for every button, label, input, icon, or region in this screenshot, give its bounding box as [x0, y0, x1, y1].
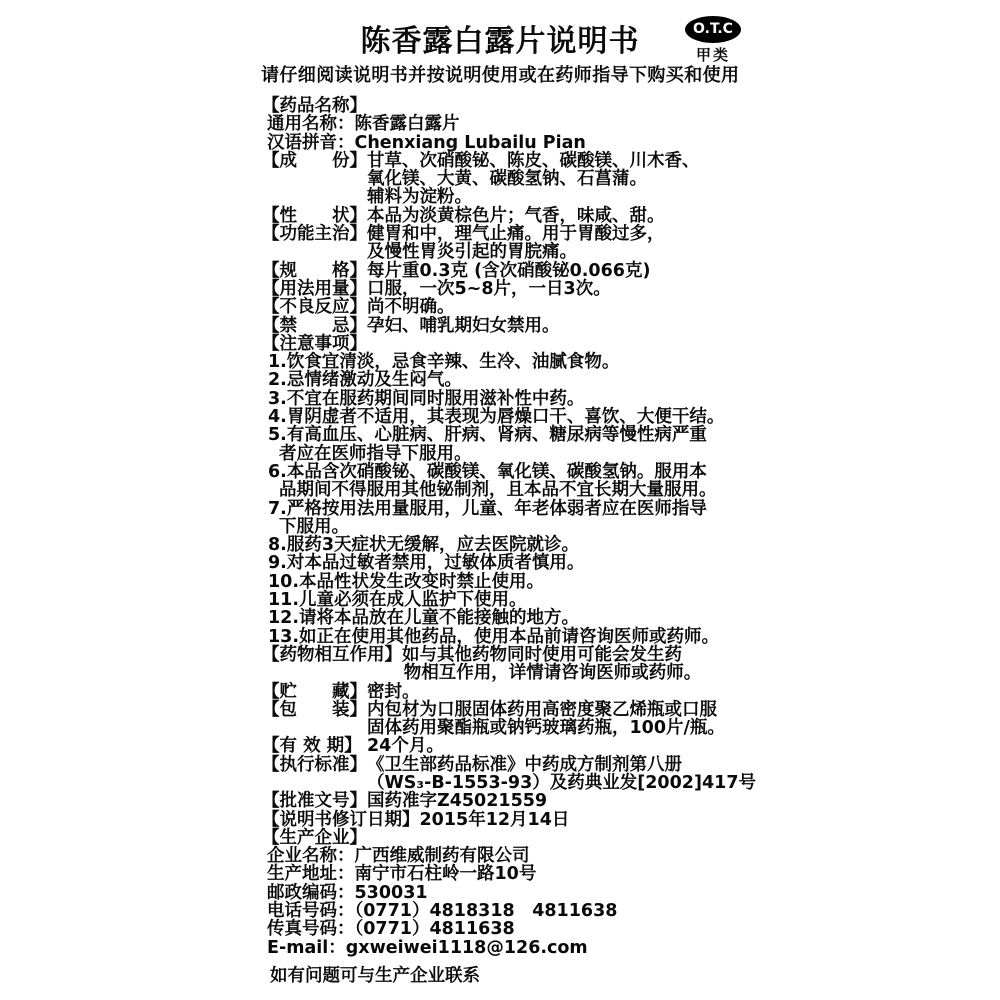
precaution-item-5-cont: 者应在医师指导下服用。: [262, 445, 782, 463]
section-ingredients: 【成 份】甘草、次硝酸铋、陈皮、碳酸镁、川木香、: [262, 152, 782, 170]
precaution-item-9: 9.对本品过敏者禁用，过敏体质者慎用。: [262, 554, 782, 572]
section-manufacturer: 【生产企业】: [262, 829, 782, 847]
section-packaging: 【包 装】内包材为口服固体药用高密度聚乙烯瓶或口服: [262, 701, 782, 719]
contraindication-label: 【禁 忌】: [262, 317, 367, 335]
pinyin-line: 汉语拼音：Chenxiang Lubailu Pian: [262, 134, 782, 152]
precaution-item-13: 13.如正在使用其他药品，使用本品前请咨询医师或药师。: [262, 628, 782, 646]
precaution-item-3: 3.不宜在服药期间同时服用滋补性中药。: [262, 390, 782, 408]
precaution-item-6-cont: 品期间不得服用其他铋制剂，且本品不宜长期大量服用。: [262, 481, 782, 499]
precaution-item-1: 1.饮食宜清淡，忌食辛辣、生冷、油腻食物。: [262, 353, 782, 371]
adverse-text: 尚不明确。: [367, 297, 455, 317]
section-approval: 【批准文号】国药准字Z45021559: [262, 792, 782, 810]
page-title: 陈香露白露片说明书: [0, 16, 1000, 60]
read-notice: 请仔细阅读说明书并按说明使用或在药师指导下购买和使用: [261, 61, 739, 87]
precaution-item-2: 2.忌情绪激动及生闷气。: [262, 371, 782, 389]
contact-note: 如有问题可与生产企业联系: [270, 962, 480, 987]
dosage-label: 【用法用量】: [262, 280, 367, 298]
section-spec: 【规 格】每片重0.3克 (含次硝酸铋0.066克): [262, 262, 782, 280]
drug-name-label: 【药品名称】: [262, 97, 367, 115]
ingredients-line-3: 辅料为淀粉。: [262, 188, 782, 206]
spec-label: 【规 格】: [262, 262, 367, 280]
packaging-line-1: 内包材为口服固体药用高密度聚乙烯瓶或口服: [367, 700, 717, 720]
storage-text: 密封。: [367, 682, 420, 702]
contraindication-text: 孕妇、哺乳期妇女禁用。: [367, 316, 560, 336]
section-storage: 【贮 藏】密封。: [262, 683, 782, 701]
precaution-item-8: 8.服药3天症状无缓解，应去医院就诊。: [262, 536, 782, 554]
interactions-label: 【药物相互作用】: [262, 646, 402, 664]
section-properties: 【性 状】本品为淡黄棕色片；气香，味咸、甜。: [262, 207, 782, 225]
precaution-item-4: 4.胃阴虚者不适用，其表现为唇燥口干、喜饮、大便干结。: [262, 408, 782, 426]
manufacturer-fax-line: 传真号码：（0771）4811638: [262, 920, 782, 938]
precaution-item-5: 5.有高血压、心脏病、肝病、肾病、糖尿病等慢性病严重: [262, 426, 782, 444]
otc-badge: O.T.C 甲类: [681, 16, 745, 65]
generic-name-line: 通用名称：陈香露白露片: [262, 115, 782, 133]
section-interactions: 【药物相互作用】如与其他药物同时使用可能会发生药: [262, 646, 782, 664]
ingredients-line-2: 氧化镁、大黄、碳酸氢钠、石菖蒲。: [262, 170, 782, 188]
approval-label: 【批准文号】: [262, 792, 367, 810]
ingredients-line-1: 甘草、次硝酸铋、陈皮、碳酸镁、川木香、: [367, 151, 700, 171]
packaging-line-2: 固体药用聚酯瓶或钠钙玻璃药瓶，100片/瓶。: [262, 719, 782, 737]
section-standard: 【执行标准】《卫生部药品标准》中药成方制剂第八册: [262, 756, 782, 774]
precaution-item-12: 12.请将本品放在儿童不能接触的地方。: [262, 609, 782, 627]
properties-text: 本品为淡黄棕色片；气香，味咸、甜。: [367, 206, 665, 226]
precaution-item-6: 6.本品含次硝酸铋、碳酸镁、氧化镁、碳酸氢钠。服用本: [262, 463, 782, 481]
precautions-label: 【注意事项】: [262, 335, 367, 353]
precaution-item-7-cont: 下服用。: [262, 518, 782, 536]
spec-text: 每片重0.3克 (含次硝酸铋0.066克): [367, 261, 650, 281]
otc-mark-icon: O.T.C: [685, 16, 741, 43]
manufacturer-name-line: 企业名称：广西维威制药有限公司: [262, 847, 782, 865]
section-adverse: 【不良反应】尚不明确。: [262, 298, 782, 316]
indications-line-2: 及慢性胃炎引起的胃脘痛。: [262, 243, 782, 261]
precaution-item-11: 11.儿童必须在成人监护下使用。: [262, 591, 782, 609]
interactions-line-1: 如与其他药物同时使用可能会发生药: [402, 645, 682, 665]
package-insert: 陈香露白露片说明书 O.T.C 甲类 请仔细阅读说明书并按说明使用或在药师指导下…: [0, 0, 1000, 1000]
interactions-line-2: 物相互作用，详情请咨询医师或药师。: [262, 664, 782, 682]
manufacturer-address-line: 生产地址：南宁市石柱岭一路10号: [262, 865, 782, 883]
ingredients-label: 【成 份】: [262, 152, 367, 170]
manufacturer-label: 【生产企业】: [262, 829, 367, 847]
standard-line-2: （WS₃-B-1553-93）及药典业发[2002]417号: [262, 774, 782, 792]
section-revision: 【说明书修订日期】2015年12月14日: [262, 811, 782, 829]
dosage-text: 口服，一次5~8片，一日3次。: [367, 279, 611, 299]
revision-label: 【说明书修订日期】: [262, 810, 420, 830]
indications-label: 【功能主治】: [262, 225, 367, 243]
section-validity: 【有 效 期】24个月。: [262, 737, 782, 755]
storage-label: 【贮 藏】: [262, 683, 367, 701]
approval-text: 国药准字Z45021559: [367, 791, 547, 811]
manufacturer-email-line: E-mail：gxweiwei1118@126.com: [262, 939, 782, 957]
section-indications: 【功能主治】健胃和中，理气止痛。用于胃酸过多，: [262, 225, 782, 243]
validity-label: 【有 效 期】: [262, 737, 367, 755]
precaution-item-10: 10.本品性状发生改变时禁止使用。: [262, 573, 782, 591]
adverse-label: 【不良反应】: [262, 298, 367, 316]
standard-line-1: 《卫生部药品标准》中药成方制剂第八册: [367, 755, 682, 775]
properties-label: 【性 状】: [262, 207, 367, 225]
insert-body: 【药品名称】 通用名称：陈香露白露片 汉语拼音：Chenxiang Lubail…: [262, 97, 782, 957]
standard-label: 【执行标准】: [262, 756, 367, 774]
packaging-label: 【包 装】: [262, 701, 367, 719]
section-precautions: 【注意事项】: [262, 335, 782, 353]
section-drug-name: 【药品名称】: [262, 97, 782, 115]
manufacturer-zip-line: 邮政编码：530031: [262, 884, 782, 902]
section-dosage: 【用法用量】口服，一次5~8片，一日3次。: [262, 280, 782, 298]
revision-text: 2015年12月14日: [420, 810, 570, 830]
validity-text: 24个月。: [367, 736, 444, 756]
manufacturer-tel-line: 电话号码：（0771）4818318 4811638: [262, 902, 782, 920]
precaution-item-7: 7.严格按用法用量服用，儿童、年老体弱者应在医师指导: [262, 500, 782, 518]
section-contraindication: 【禁 忌】孕妇、哺乳期妇女禁用。: [262, 317, 782, 335]
